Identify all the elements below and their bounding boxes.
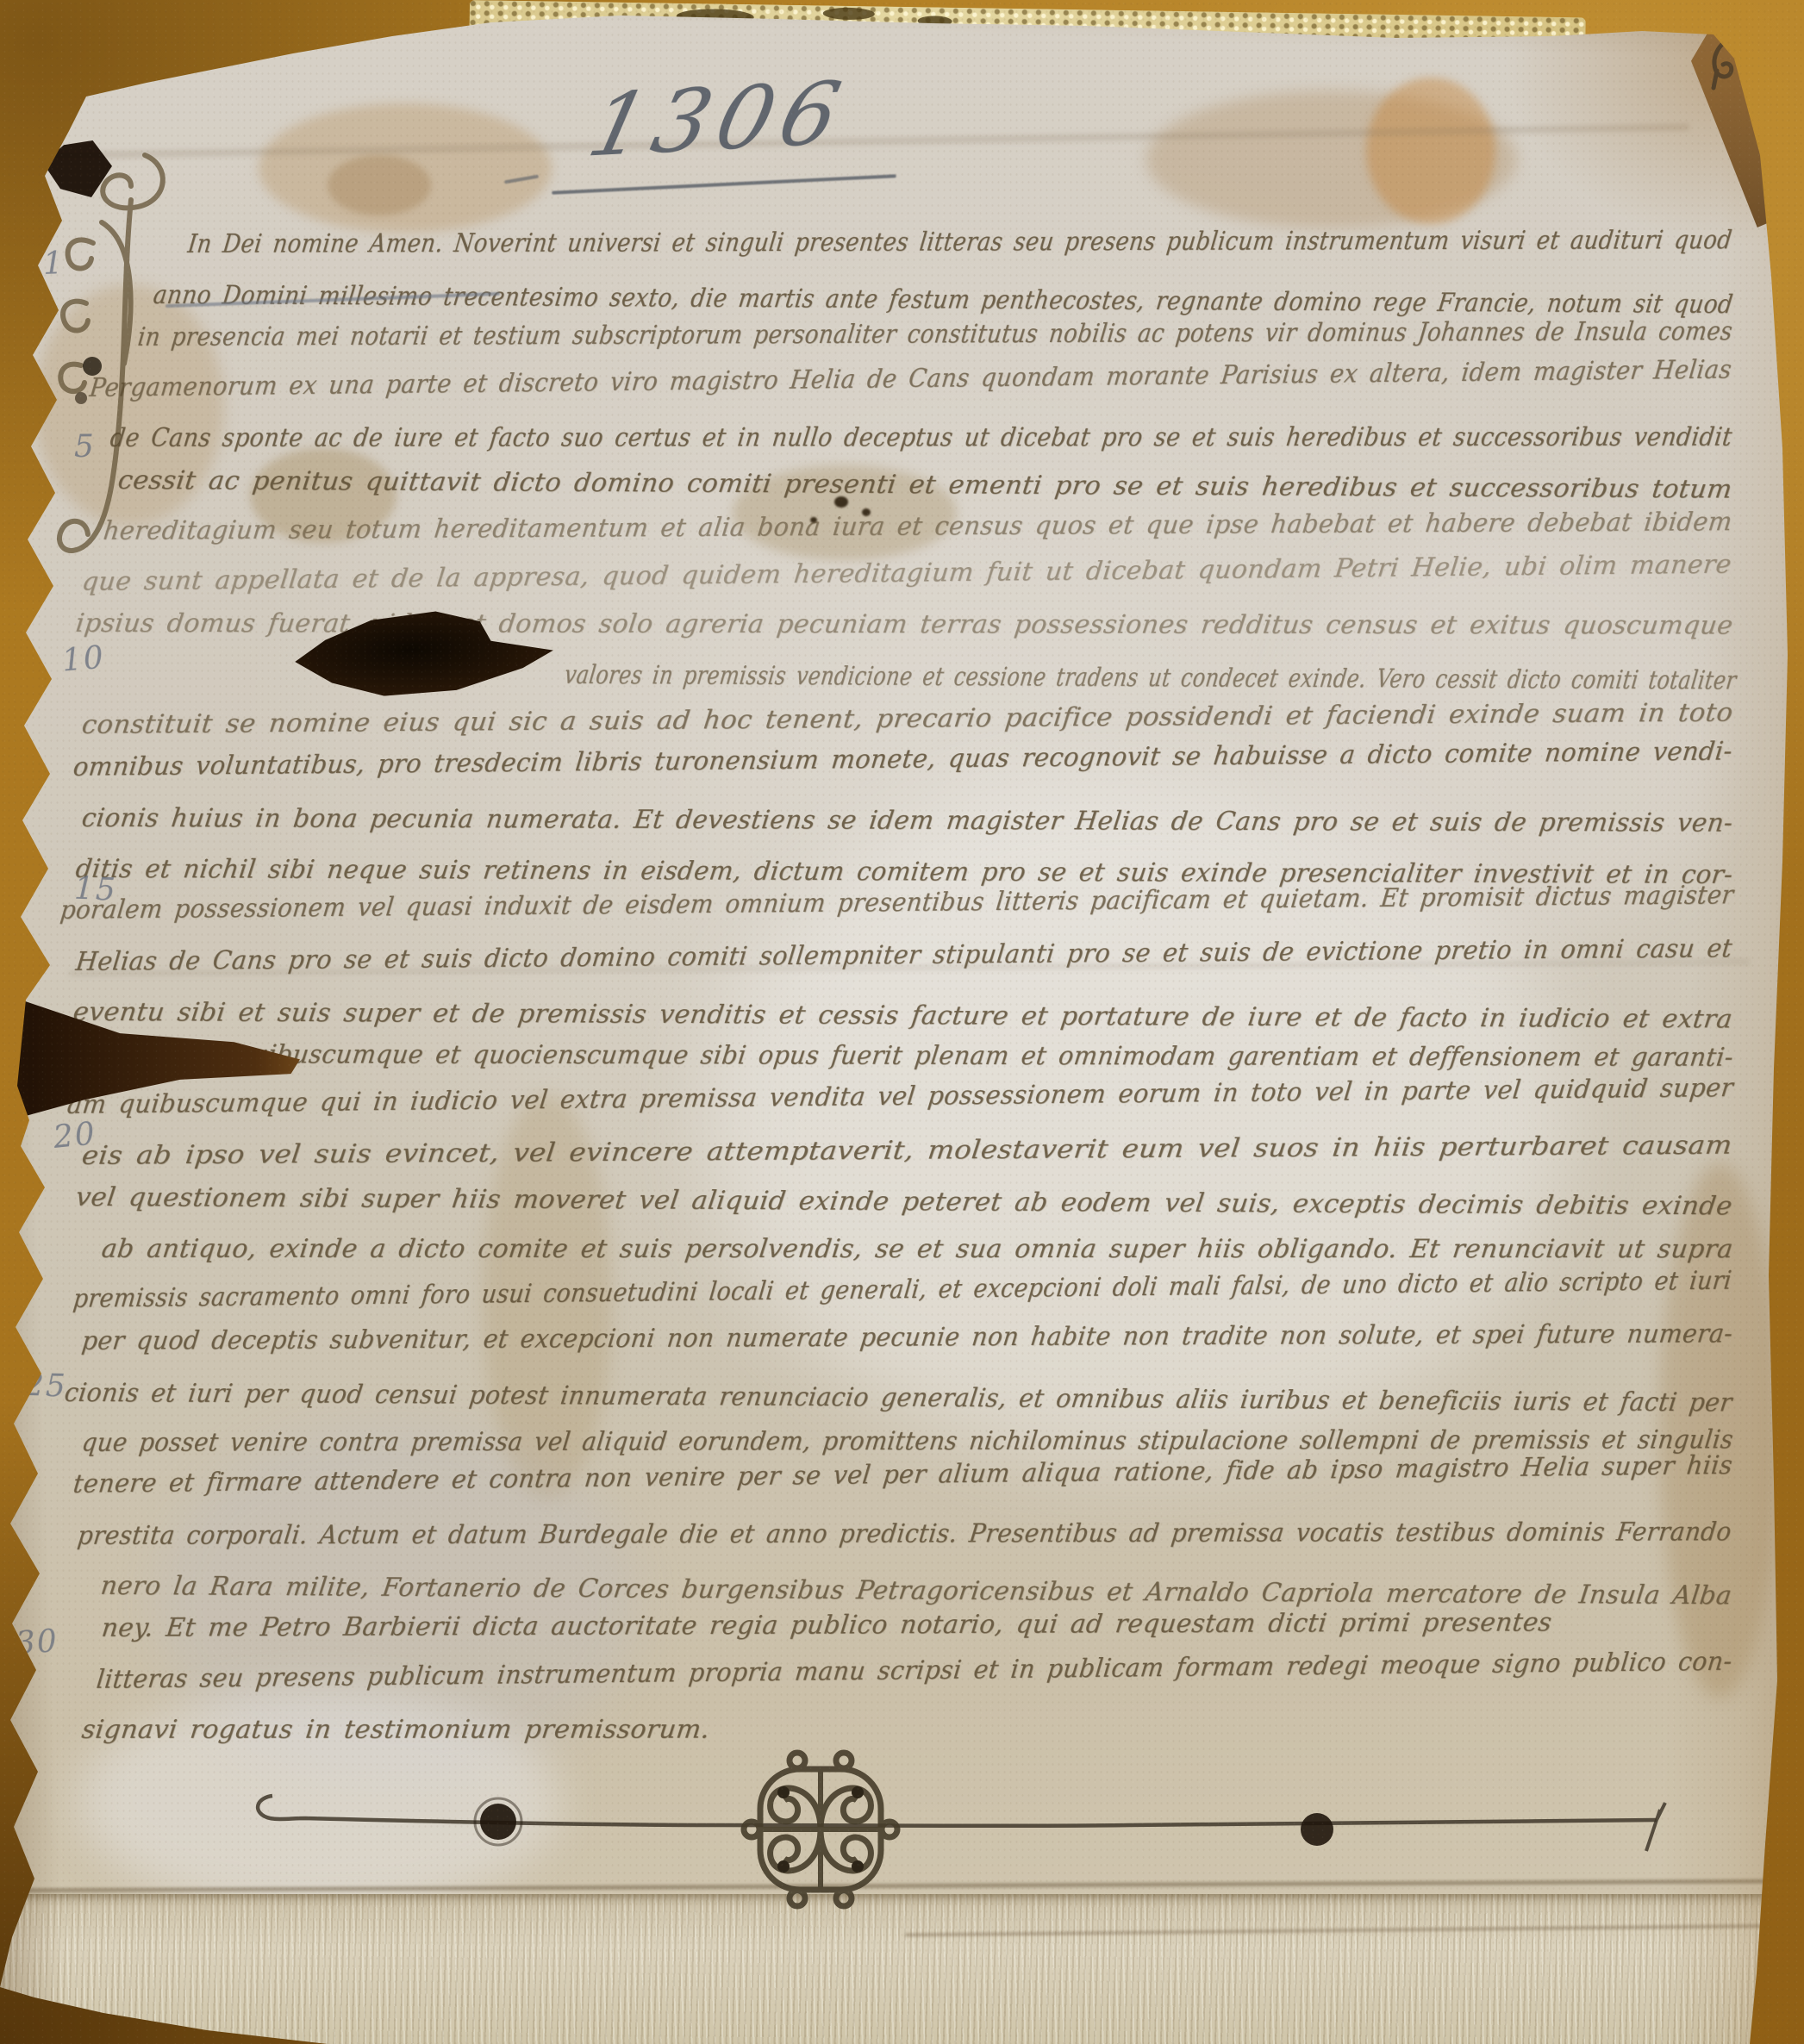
manuscript-line: per quod deceptis subvenitur, et excepci… bbox=[80, 1318, 1734, 1356]
margin-line-number: 20 bbox=[52, 1117, 98, 1156]
manuscript-line: cionis huius in bona pecunia numerata. E… bbox=[80, 803, 1735, 838]
ink-dot bbox=[480, 1804, 516, 1840]
closing-rule bbox=[233, 1772, 1715, 1858]
manuscript-line: anno Domini millesimo trecentesimo sexto… bbox=[152, 280, 1735, 320]
manuscript-line: signavi rogatus in testimonium premissor… bbox=[80, 1714, 712, 1744]
ink-dot bbox=[1301, 1813, 1333, 1846]
stain bbox=[328, 155, 431, 215]
margin-line-number: 1 bbox=[42, 246, 65, 283]
fabric-stain bbox=[823, 7, 875, 20]
manuscript-line: ney. Et me Petro Barbierii dicta auctori… bbox=[100, 1607, 1553, 1643]
notary-sign-icon bbox=[734, 1743, 907, 1916]
margin-line-number: 10 bbox=[60, 640, 106, 679]
manuscript-line: in presencia mei notarii et testium subs… bbox=[136, 316, 1734, 352]
manuscript-line: valores in premissis vendicione et cessi… bbox=[563, 660, 1738, 696]
manuscript-line: ubicumque quibuscumque et quocienscumque… bbox=[80, 1039, 1735, 1073]
stain bbox=[1366, 78, 1495, 224]
manuscript-line: In Dei nomine Amen. Noverint universi et… bbox=[186, 225, 1733, 259]
margin-line-number: 5 bbox=[74, 429, 96, 464]
year-underline bbox=[552, 174, 896, 195]
archivist-year-label: 1306 bbox=[579, 62, 857, 176]
manuscript-line: cionis et iuri per quod censui potest in… bbox=[63, 1378, 1734, 1418]
manuscript-line: de Cans sponte ac de iure et facto suo c… bbox=[109, 422, 1734, 453]
manuscript-line: Pergamenorum ex una parte et discreto vi… bbox=[88, 354, 1733, 402]
margin-line-number: 15 bbox=[73, 871, 117, 908]
manuscript-line: eventu sibi et suis super et de premissi… bbox=[72, 997, 1734, 1035]
photo-of-charter: In Dei nomine Amen. Noverint universi et… bbox=[0, 0, 1804, 2044]
manuscript-line: prestita corporali. Actum et datum Burde… bbox=[76, 1517, 1733, 1552]
manuscript-line: ab antiquo, exinde a dicto comite et sui… bbox=[100, 1234, 1735, 1264]
manuscript-line: ipsius domus fuerat, videlicet domos sol… bbox=[74, 608, 1735, 641]
folded-bottom-edge bbox=[0, 1894, 1804, 2044]
parchment-sheet: In Dei nomine Amen. Noverint universi et… bbox=[0, 0, 1804, 2044]
